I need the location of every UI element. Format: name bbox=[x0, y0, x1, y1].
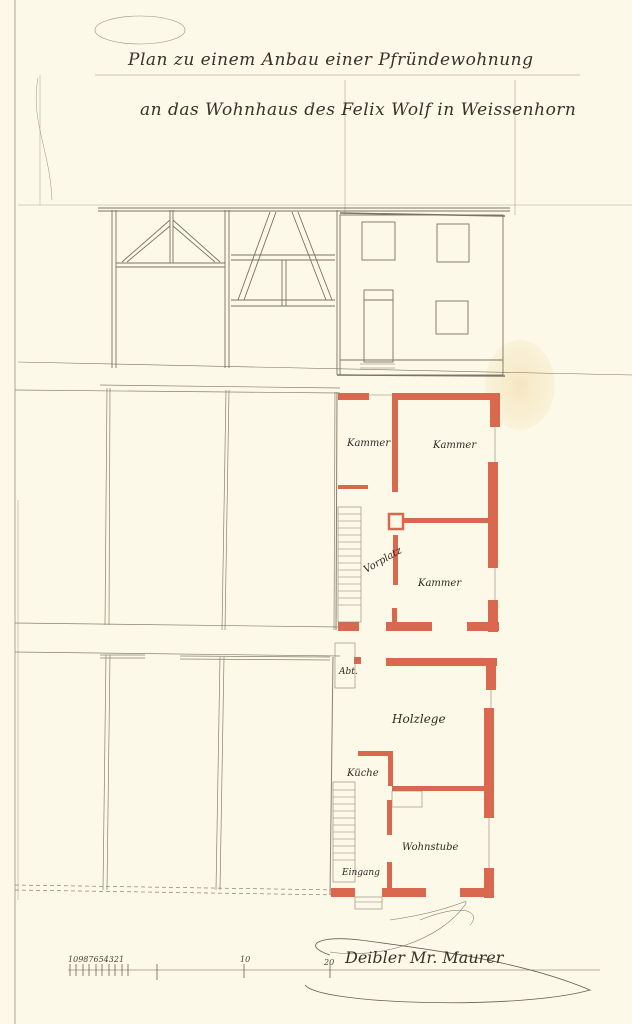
room-label-kammer-large: Kammer bbox=[433, 440, 476, 451]
room-label-kueche: Küche bbox=[347, 768, 379, 779]
title-line-2: an das Wohnhaus des Felix Wolf in Weisse… bbox=[140, 100, 576, 120]
room-label-abtritt: Abt. bbox=[339, 667, 358, 677]
room-label-kammer-lower: Kammer bbox=[418, 578, 461, 589]
lower-floor-plan bbox=[330, 643, 497, 954]
room-label-holzlege: Holzlege bbox=[392, 712, 446, 726]
upper-floor-plan bbox=[338, 393, 500, 632]
room-label-wohnstube: Wohnstube bbox=[402, 842, 458, 853]
room-label-kammer-small: Kammer bbox=[347, 438, 390, 449]
scale-small-ticks: 10987654321 bbox=[68, 955, 124, 964]
signature: Deibler Mr. Maurer bbox=[345, 948, 503, 967]
title-line-1: Plan zu einem Anbau einer Pfründewohnung bbox=[128, 50, 534, 70]
architectural-drawing bbox=[0, 0, 632, 1024]
scale-bar bbox=[68, 910, 600, 1003]
existing-building-outline bbox=[15, 385, 340, 900]
scale-label-10: 10 bbox=[240, 955, 250, 964]
scale-label-20: 20 bbox=[324, 958, 334, 967]
elevation-drawing bbox=[18, 208, 632, 376]
room-label-eingang: Eingang bbox=[342, 868, 380, 878]
